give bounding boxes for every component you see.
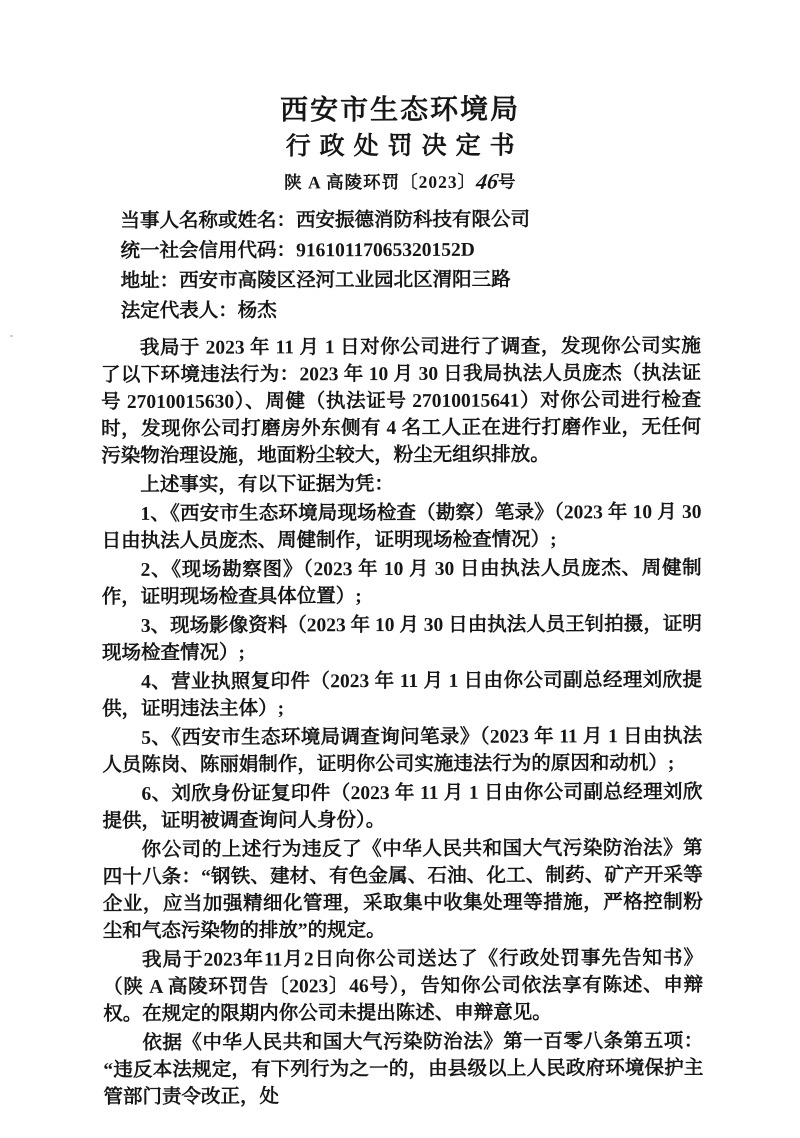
field-label: 地址： <box>121 271 180 292</box>
field-party-name: 当事人名称或姓名：西安振德消防科技有限公司 <box>120 205 700 237</box>
field-label: 当事人名称或姓名： <box>120 210 296 232</box>
body-paragraph-evidence-5: 5、《西安市生态环境局调查询问笔录》（2023 年 11 月 1 日由执法人员陈… <box>102 723 702 779</box>
body-paragraph-violation-law: 你公司的上述行为违反了《中华人民共和国大气污染防治法》第四十八条：“钢铁、建材、… <box>103 835 703 945</box>
body-paragraph-evidence-6: 6、刘欣身份证复印件（2023 年 11 月 1 日由你公司副总经理刘欣提供，证… <box>102 779 702 835</box>
doc-type-title: 行政处罚决定书 <box>100 130 700 164</box>
body-paragraph-evidence-3: 3、现场影像资料（2023 年 10 月 30 日由执法人员王钊拍摄，证明现场检… <box>102 611 702 667</box>
doc-number: 陕 A 高陵环罚〔2023〕46号 <box>100 169 700 195</box>
scanned-document-page: 西安市生态环境局 行政处罚决定书 陕 A 高陵环罚〔2023〕46号 当事人名称… <box>0 0 800 1138</box>
scan-artifact-speck <box>10 335 13 337</box>
field-address: 地址：西安市高陵区泾河工业园北区渭阳三路 <box>121 265 701 297</box>
doc-number-prefix: 陕 A 高陵环罚〔2023〕 <box>284 172 476 193</box>
party-info-fields: 当事人名称或姓名：西安振德消防科技有限公司 统一社会信用代码：916101170… <box>100 205 700 327</box>
field-value: 西安市高陵区泾河工业园北区渭阳三路 <box>179 270 511 292</box>
field-label: 统一社会信用代码： <box>121 240 297 262</box>
body-paragraph-penalty-basis: 依据《中华人民共和国大气污染防治法》第一百零八条第五项：“违反本法规定，有下列行… <box>103 1028 703 1111</box>
document-content: 西安市生态环境局 行政处罚决定书 陕 A 高陵环罚〔2023〕46号 当事人名称… <box>100 95 704 1113</box>
doc-number-suffix: 号 <box>498 172 517 192</box>
field-value: 91610117065320152D <box>296 240 475 262</box>
field-value: 杨杰 <box>238 300 277 321</box>
agency-title: 西安市生态环境局 <box>100 95 700 127</box>
body-paragraph-investigation: 我局于 2023 年 11 月 1 日对你公司进行了调查，发现你公司实施了以下环… <box>101 333 701 470</box>
field-value: 西安振德消防科技有限公司 <box>296 210 530 232</box>
body-paragraph-evidence-1: 1、《西安市生态环境局现场检查（勘察）笔录》（2023 年 10 月 30 日由… <box>101 499 701 555</box>
body-paragraph-evidence-intro: 上述事实，有以下证据为凭： <box>101 470 701 499</box>
field-credit-code: 统一社会信用代码：91610117065320152D <box>120 235 700 267</box>
body-paragraph-evidence-4: 4、营业执照复印件（2023 年 11 月 1 日由你公司副总经理刘欣提供，证明… <box>102 667 702 723</box>
field-legal-representative: 法定代表人：杨杰 <box>121 295 701 327</box>
body-paragraph-evidence-2: 2、《现场勘察图》（2023 年 10 月 30 日由执法人员庞杰、周健制作，证… <box>102 555 702 611</box>
field-label: 法定代表人： <box>121 301 238 322</box>
body-paragraph-prior-notice: 我局于2023年11月2日向你公司送达了《行政处罚事先告知书》（陕 A 高陵环罚… <box>103 945 703 1028</box>
document-body: 我局于 2023 年 11 月 1 日对你公司进行了调查，发现你公司实施了以下环… <box>101 333 704 1111</box>
doc-number-handwritten: 46 <box>475 171 500 194</box>
